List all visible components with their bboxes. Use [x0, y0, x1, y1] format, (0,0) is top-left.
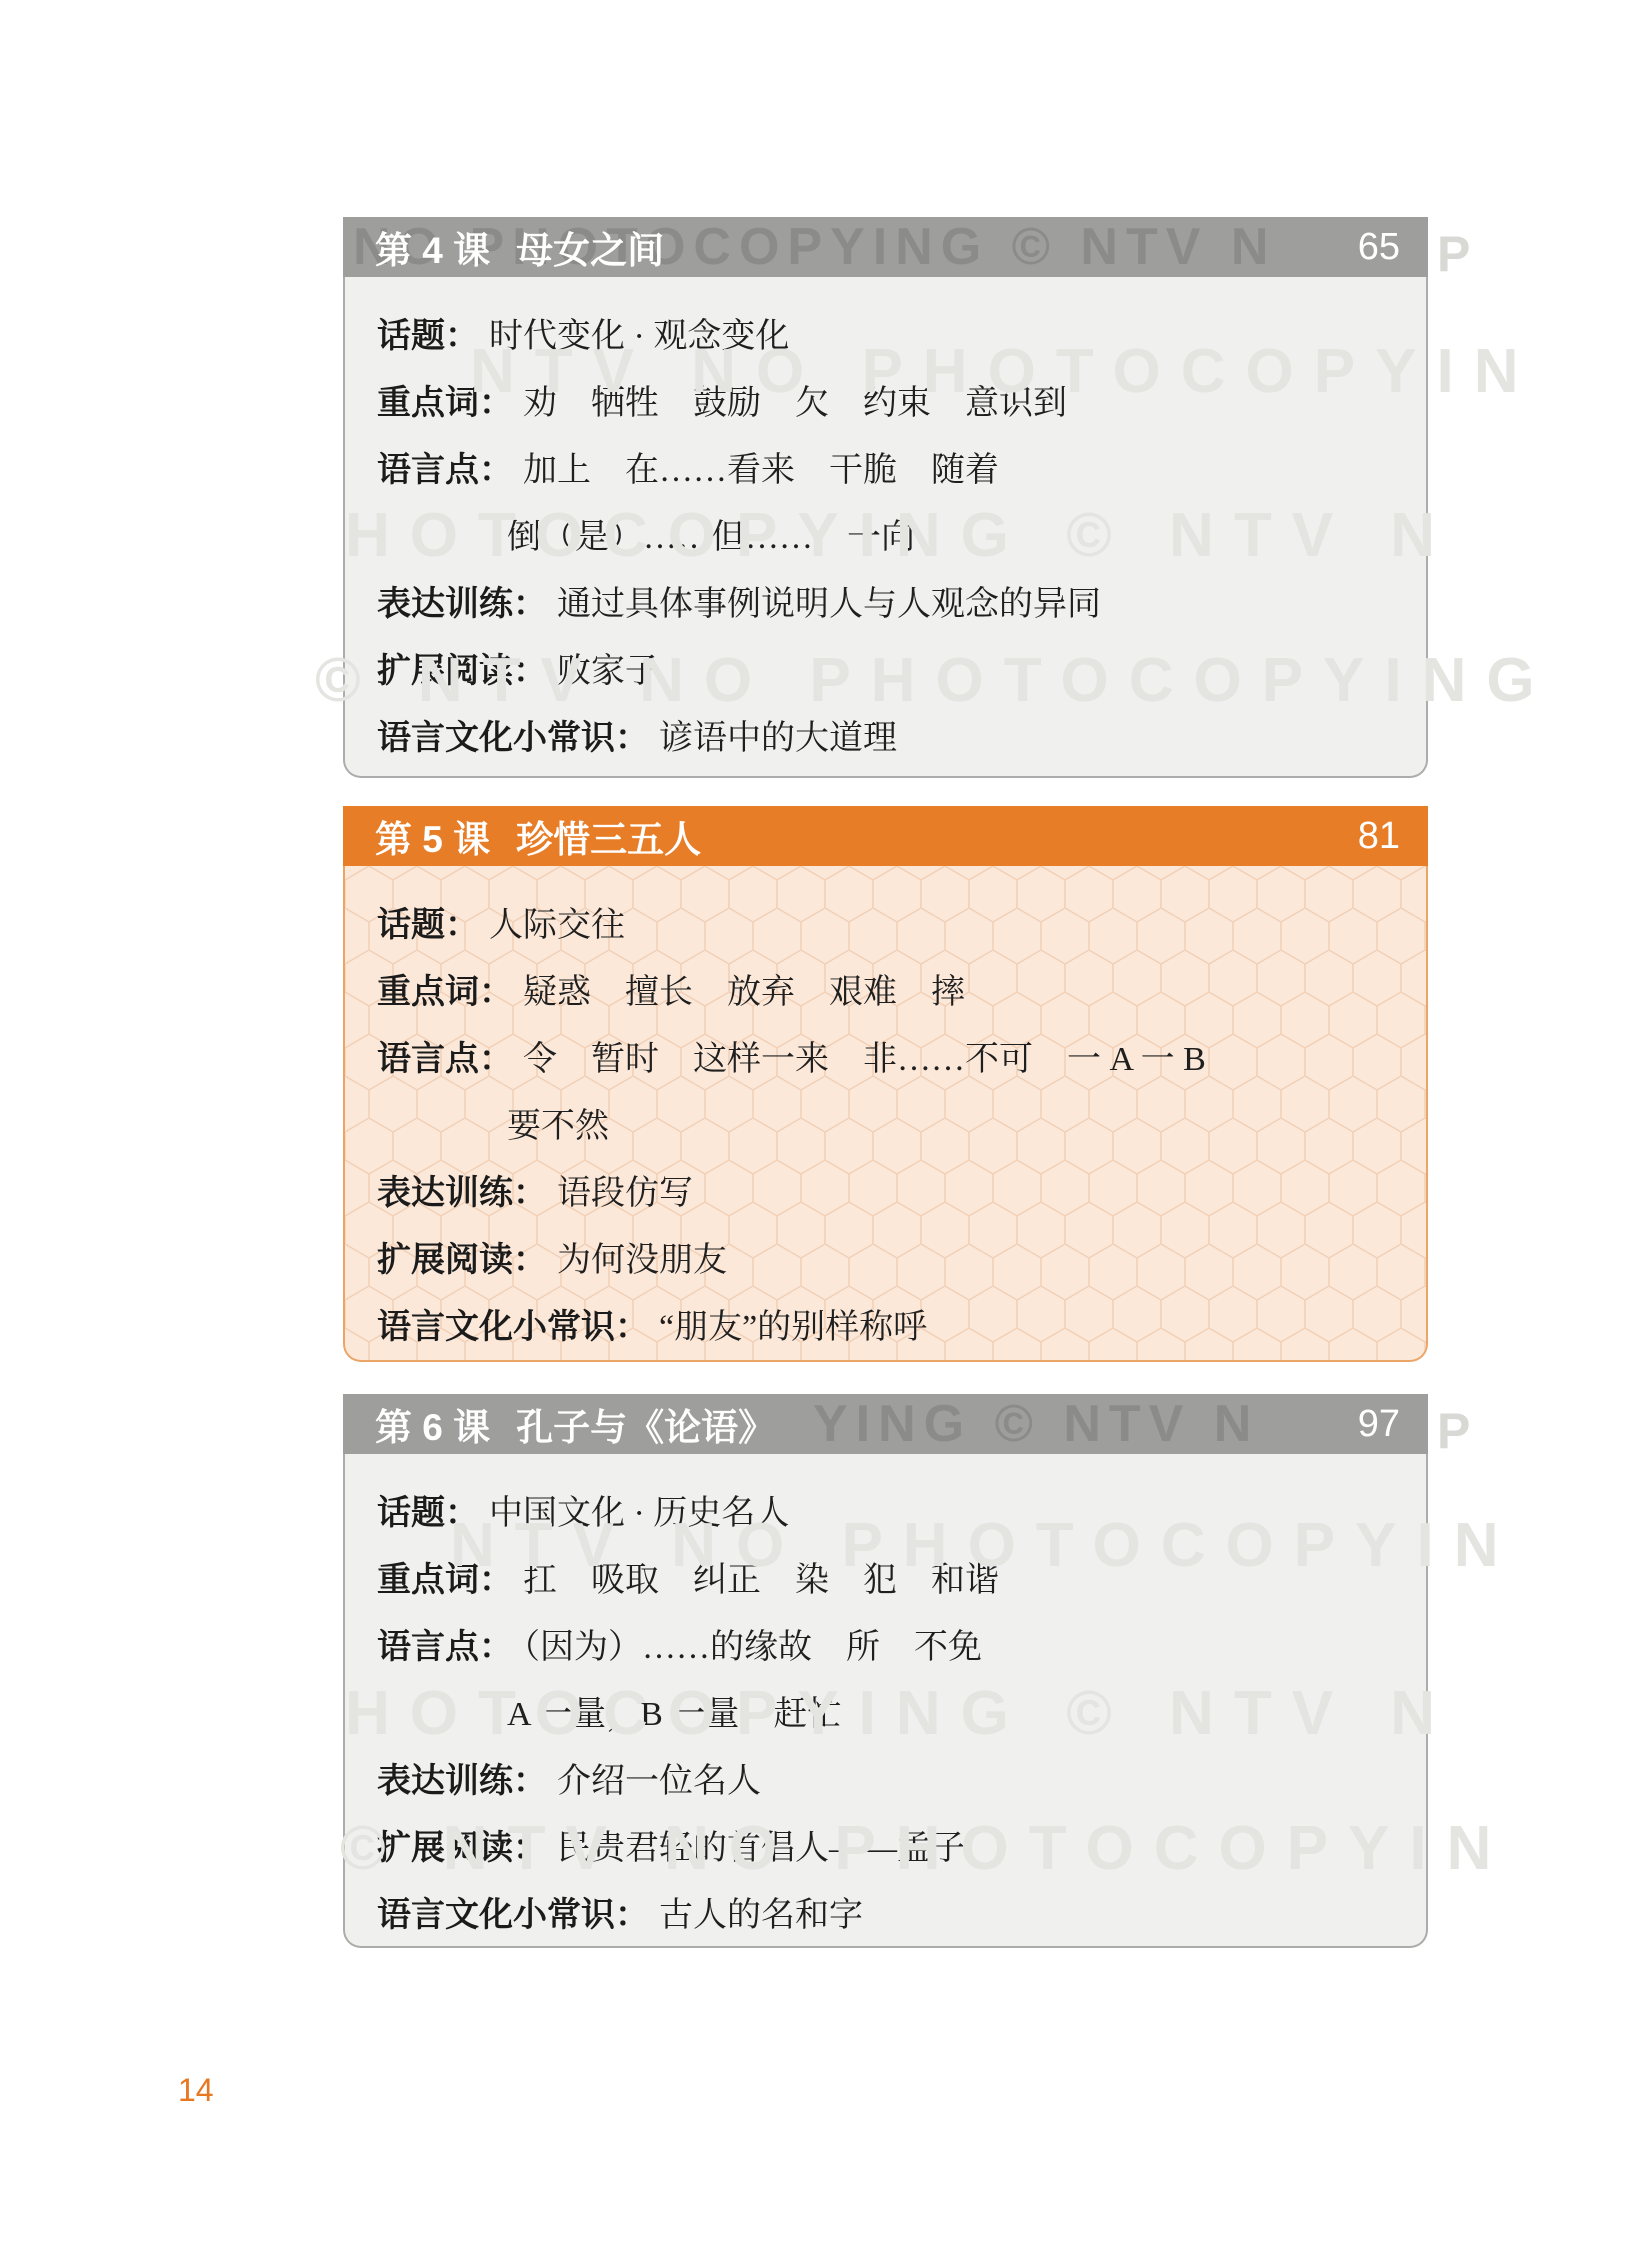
row-value: “朋友”的别样称呼 [659, 1309, 927, 1346]
lesson-number: 第 5 课 [375, 809, 490, 863]
lesson-header: YING © NTV N 第 6 课 孔子与《论语》 97 [343, 1394, 1428, 1454]
page-number: 14 [178, 2072, 214, 2109]
toc-row: 表达训练：语段仿写 [377, 1170, 1398, 1217]
watermark-text: © NTV NO PHOTOCOPYING [315, 645, 1555, 716]
row-value: 语段仿写 [557, 1175, 693, 1212]
watermark-text: P [1437, 1402, 1470, 1460]
toc-row: 话题：人际交往 [377, 902, 1398, 949]
row-value: 要不然 [507, 1108, 609, 1145]
toc-row: 重点词：疑惑 擅长 放弃 艰难 摔 [377, 969, 1398, 1016]
row-label: 扩展阅读： [377, 1241, 547, 1279]
header-watermark-text: NO PHOTOCOPYING © NTV N [353, 217, 1276, 277]
row-label: 语言点： [377, 1628, 513, 1666]
toc-row: 语言文化小常识：“朋友”的别样称呼 [377, 1304, 1398, 1351]
row-value: （因为）……的缘故 所 不免 [523, 1629, 982, 1666]
lesson-header: 第 5 课 珍惜三五人 81 [343, 806, 1428, 866]
toc-row: 表达训练：介绍一位名人 [377, 1758, 1398, 1805]
toc-row: 语言点：令 暂时 这样一来 非……不可 一 A 一 B [377, 1036, 1398, 1083]
lesson-page-number: 97 [1358, 1403, 1400, 1446]
lesson-page-number: 65 [1358, 226, 1400, 269]
watermark-text: HOTOCOPYING © NTV N [345, 1678, 1455, 1749]
lesson-card: 第 5 课 珍惜三五人 81 话题：人际交往重点词：疑惑 擅长 放弃 艰难 摔语… [343, 806, 1428, 1362]
toc-row: 语言文化小常识：古人的名和字 [377, 1892, 1398, 1939]
row-value: 疑惑 擅长 放弃 艰难 摔 [523, 974, 965, 1011]
row-label: 话题： [377, 317, 479, 355]
lesson-header: NO PHOTOCOPYING © NTV N 第 4 课 母女之间 65 [343, 217, 1428, 277]
row-value: 古人的名和字 [659, 1897, 863, 1934]
row-label: 语言文化小常识： [377, 1308, 649, 1346]
row-label: 表达训练： [377, 585, 547, 623]
lesson-page-number: 81 [1358, 815, 1400, 858]
toc-row: 语言点：加上 在……看来 干脆 随着 [377, 447, 1398, 494]
row-value: 谚语中的大道理 [659, 720, 897, 757]
row-value: 介绍一位名人 [557, 1763, 761, 1800]
row-label: 话题： [377, 906, 479, 944]
watermark-text: P [1437, 225, 1470, 283]
row-label: 表达训练： [377, 1762, 547, 1800]
watermark-text: HOTOCOPYING © NTV N [345, 500, 1455, 571]
lesson-body: 话题：人际交往重点词：疑惑 擅长 放弃 艰难 摔语言点：令 暂时 这样一来 非…… [343, 866, 1428, 1362]
row-label: 语言点： [377, 1040, 513, 1078]
lesson-number: 第 6 课 [375, 1397, 490, 1451]
row-value: 通过具体事例说明人与人观念的异同 [557, 586, 1101, 623]
row-label: 语言点： [377, 451, 513, 489]
row-label: 语言文化小常识： [377, 1896, 649, 1934]
toc-page: NTV NO PHOTOCOPYINHOTOCOPYING © NTV N© N… [0, 0, 1651, 2241]
row-label: 语言文化小常识： [377, 719, 649, 757]
watermark-text: NTV NO PHOTOCOPYIN [450, 1510, 1519, 1581]
lesson-title: 母女之间 [516, 220, 664, 274]
watermark-text: NTV NO PHOTOCOPYIN [470, 336, 1539, 407]
watermark-text: © NTV NO PHOTOCOPYIN [340, 1813, 1511, 1884]
lesson-title: 孔子与《论语》 [516, 1397, 775, 1451]
row-label: 表达训练： [377, 1174, 547, 1212]
row-value: 为何没朋友 [557, 1242, 727, 1279]
row-value: 加上 在……看来 干脆 随着 [523, 452, 999, 489]
toc-row: 语言文化小常识：谚语中的大道理 [377, 715, 1398, 762]
toc-row: 语言点：（因为）……的缘故 所 不免 [377, 1624, 1398, 1671]
row-label: 重点词： [377, 973, 513, 1011]
toc-row: 扩展阅读：为何没朋友 [377, 1237, 1398, 1284]
row-value: 人际交往 [489, 907, 625, 944]
toc-row: 表达训练：通过具体事例说明人与人观念的异同 [377, 581, 1398, 628]
header-watermark-text: YING © NTV N [813, 1394, 1259, 1454]
row-value: 令 暂时 这样一来 非……不可 一 A 一 B [523, 1041, 1206, 1078]
toc-row: 要不然 [377, 1103, 1398, 1150]
lesson-title: 珍惜三五人 [516, 809, 701, 863]
lesson-number: 第 4 课 [375, 220, 490, 274]
